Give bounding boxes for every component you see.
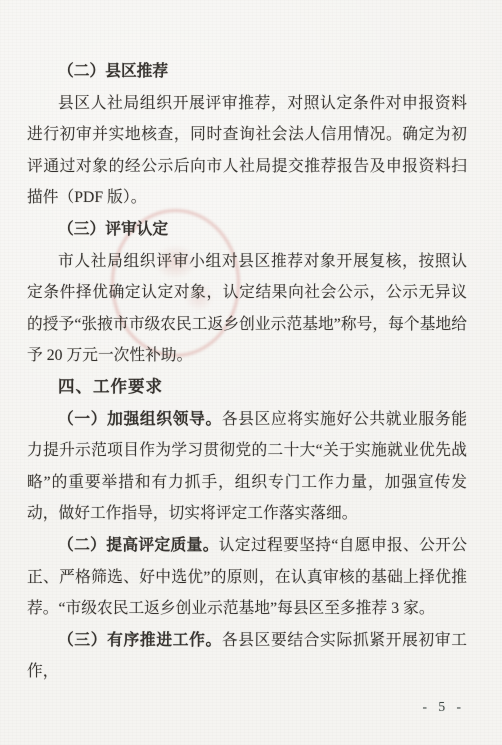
- paragraph-lead: （三）评审认定: [58, 221, 168, 238]
- page-number: - 5 -: [423, 699, 466, 715]
- scanned-document-page: （二）县区推荐县区人社局组织开展评审推荐，对照认定条件对申报资料进行初审并实地核…: [0, 0, 502, 745]
- section-heading: 四、工作要求: [27, 372, 467, 404]
- paragraph-lead: （一）加强组织领导。: [58, 411, 222, 428]
- paragraph-lead: （三）有序推进工作。: [58, 632, 222, 649]
- section-heading: （三）评审认定: [27, 214, 467, 246]
- paragraph: 县区人社局组织开展评审推荐，对照认定条件对申报资料进行初审并实地核查，同时查询社…: [27, 88, 467, 214]
- paragraph: （二）提高评定质量。认定过程要坚持“自愿申报、公开公正、严格筛选、好中选优”的原…: [27, 530, 467, 625]
- paragraph: （三）有序推进工作。各县区要结合实际抓紧开展初审工作，: [27, 625, 467, 688]
- paragraph-lead: （二）提高评定质量。: [58, 537, 219, 554]
- paragraph: （一）加强组织领导。各县区应将实施好公共就业服务能力提升示范项目作为学习贯彻党的…: [27, 404, 467, 530]
- paragraph-lead: 四、工作要求: [58, 378, 163, 396]
- paragraph-lead: （二）县区推荐: [58, 63, 168, 80]
- section-heading: （二）县区推荐: [27, 56, 467, 88]
- paragraph-text: 市人社局组织评审小组对县区推荐对象开展复核，按照认定条件择优确定认定对象，认定结…: [27, 253, 467, 365]
- document-body: （二）县区推荐县区人社局组织开展评审推荐，对照认定条件对申报资料进行初审并实地核…: [27, 56, 467, 688]
- paragraph: 市人社局组织评审小组对县区推荐对象开展复核，按照认定条件择优确定认定对象，认定结…: [27, 246, 467, 372]
- paragraph-text: 县区人社局组织开展评审推荐，对照认定条件对申报资料进行初审并实地核查，同时查询社…: [27, 95, 467, 207]
